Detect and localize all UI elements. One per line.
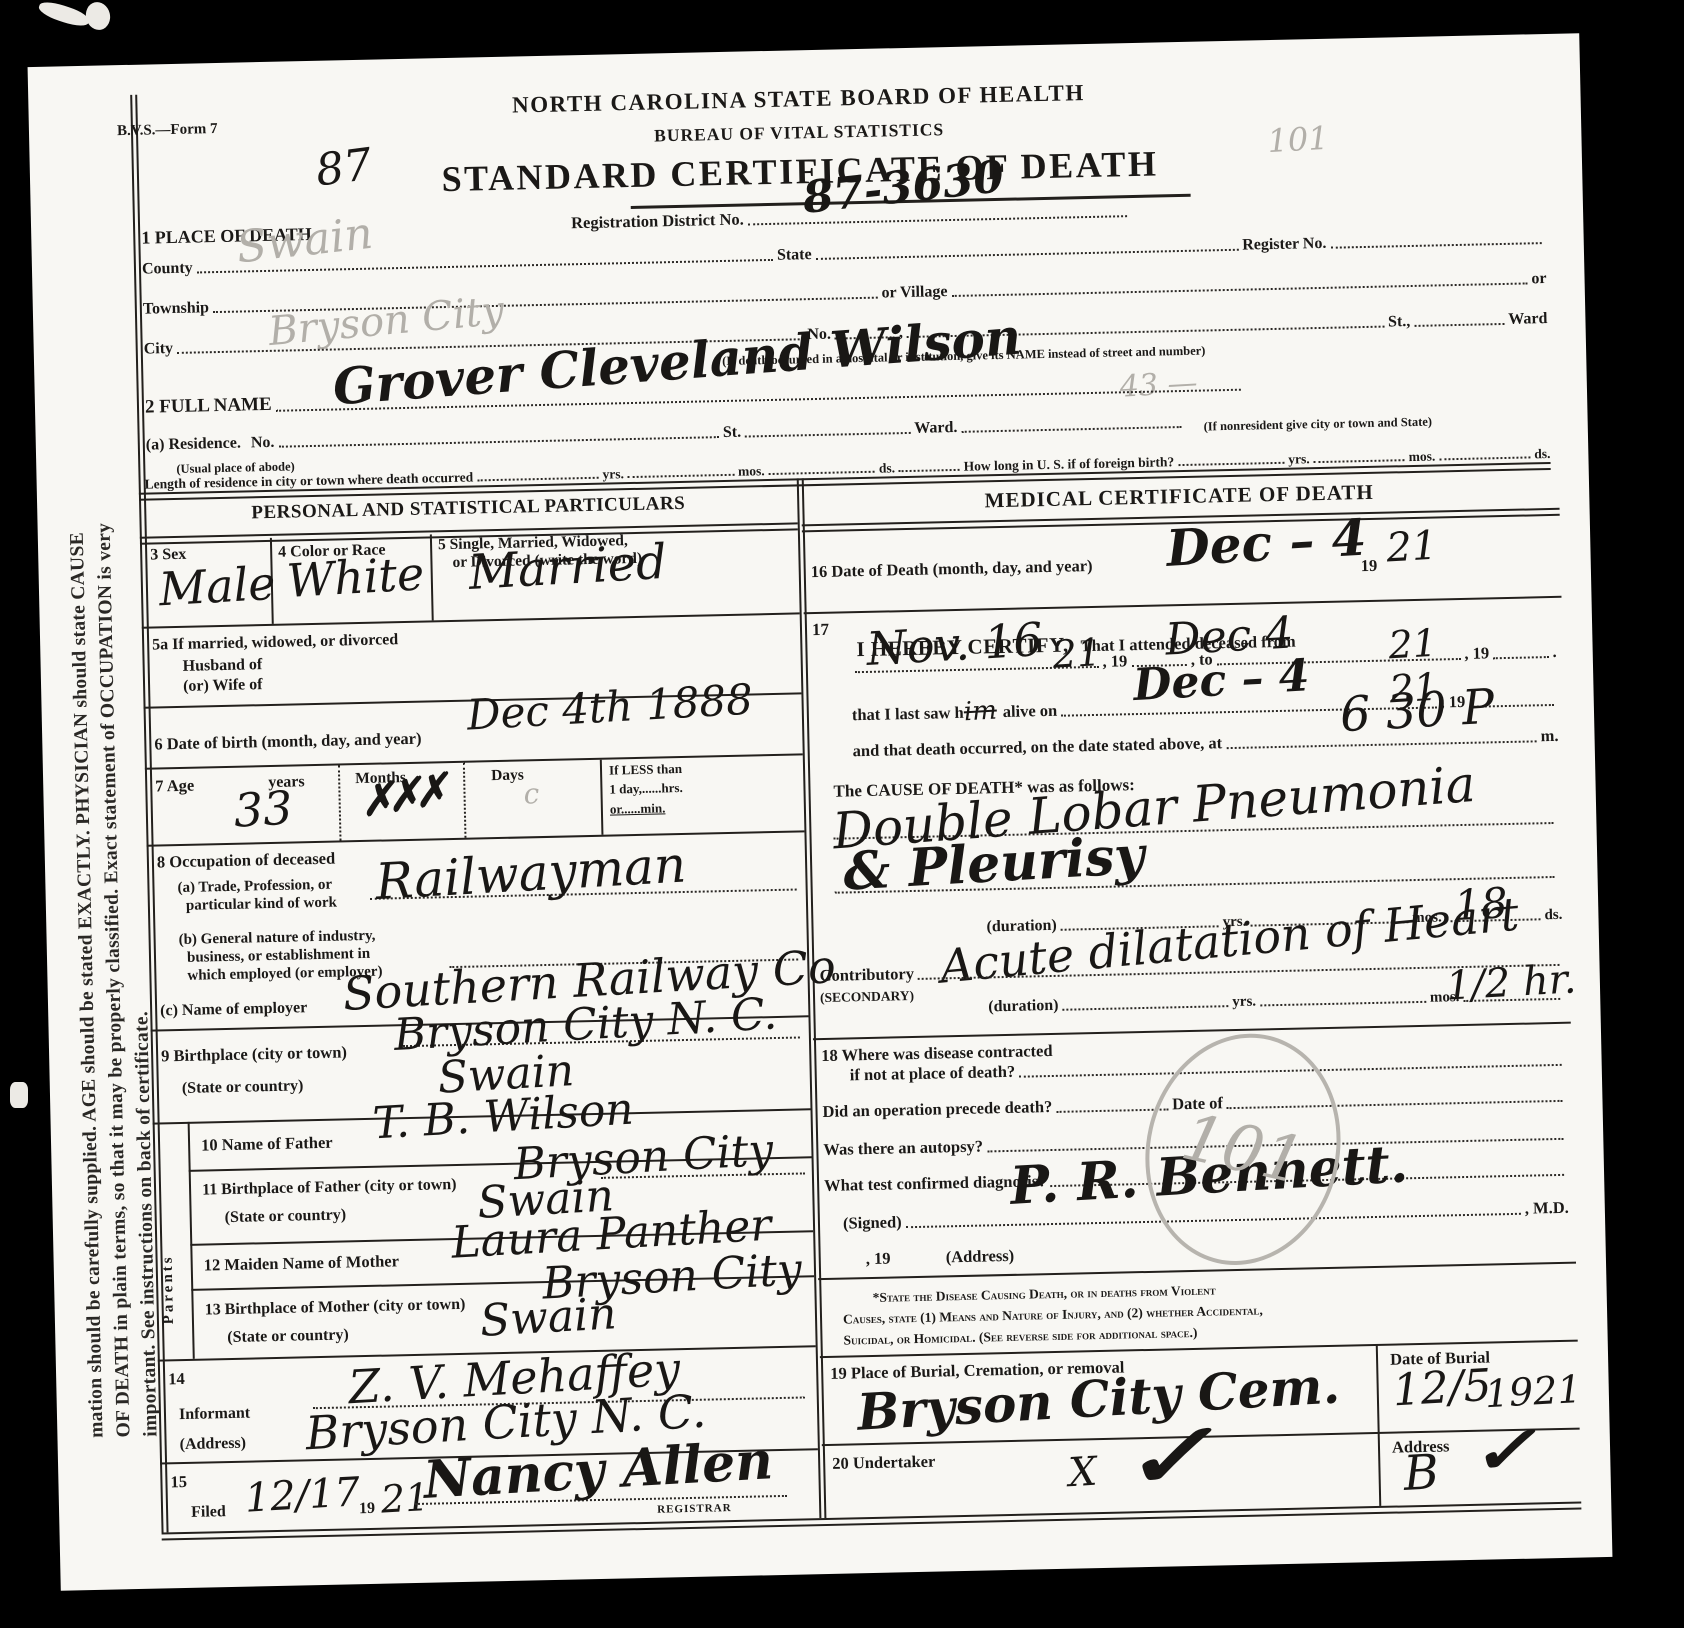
form-number: B.V.S.—Form 7 (117, 121, 218, 140)
birthplace-sub-label: (State or country) (182, 1077, 304, 1098)
village-label: or Village (881, 283, 947, 302)
last-saw-him-handwritten: im (963, 698, 997, 726)
mos-label-2: mos. (1408, 448, 1435, 465)
cause-footnote: *State the Disease Causing Death, or in … (842, 1272, 1567, 1351)
occupation-a-label-1: (a) Trade, Profession, or (177, 877, 332, 897)
parents-group-label: Parents (158, 1164, 178, 1324)
disease-contracted-label-2: if not at place of death? (850, 1062, 1016, 1086)
burial-year-value: 1921 (1484, 1370, 1583, 1413)
registrar-label: REGISTRAR (657, 1502, 732, 1516)
age-cell-divider (600, 760, 604, 835)
certify-number: 17 (812, 620, 829, 640)
st-label: St., (1388, 313, 1411, 331)
scan-artifact (10, 1082, 28, 1108)
township-label: Township (143, 299, 210, 318)
rule (145, 753, 803, 769)
signed-label: (Signed) (843, 1212, 902, 1233)
birth-date-value: Dec 4th 1888 (466, 678, 754, 736)
mother-birthplace-label: 13 Birthplace of Mother (city or town) (205, 1296, 466, 1320)
spouse-label-2: Husband of (182, 656, 262, 676)
race-value: White (286, 550, 426, 604)
informant-number: 14 (168, 1369, 185, 1389)
state-label: State (777, 246, 812, 265)
secondary-label: (SECONDARY) (820, 988, 914, 1006)
death-time-value: 6 30 P (1339, 683, 1496, 740)
md-label: , M.D. (1525, 1198, 1569, 1219)
attended-19b: , 19 (1464, 643, 1489, 664)
undertaker-x-mark: X (1067, 1452, 1098, 1494)
duration-ds-1: ds. (1544, 907, 1562, 924)
if-less-label-3: or......min. (610, 800, 666, 817)
undertaker-address-check: ✓ (1463, 1418, 1543, 1484)
mother-birthplace-state: Swain (479, 1292, 618, 1344)
duration-value-2: 1/2 hr. (1445, 959, 1577, 1006)
last-saw-label-2: alive on (1002, 701, 1057, 722)
occupation-a-label-2: particular kind of work (186, 895, 337, 915)
occupation-label: 8 Occupation of deceased (157, 849, 336, 873)
parents-cell-divider (188, 1122, 195, 1359)
contributory-label: Contributory (819, 964, 914, 986)
nonresident-note: (If nonresident give city or town and St… (1204, 415, 1433, 435)
if-less-label-1: If LESS than (609, 761, 682, 779)
mos-label: mos. (738, 463, 765, 480)
ward-label: Ward (1508, 310, 1548, 329)
burial-cell-divider (1376, 1344, 1382, 1506)
date-of-death-value: Dec – 4 (1165, 513, 1368, 574)
burial-date-value: 12/5 (1392, 1364, 1493, 1414)
residence-no-label: No. (251, 434, 275, 453)
father-birthplace-sub: (State or country) (225, 1206, 347, 1227)
mother-name-label: 12 Maiden Name of Mother (204, 1251, 400, 1275)
age-years-value: 33 (233, 785, 294, 834)
birthplace-label: 9 Birthplace (city or town) (161, 1042, 347, 1066)
death-occurred-m: m. (1540, 726, 1558, 746)
scan-artifact (83, 0, 113, 32)
marital-value: Married (467, 538, 668, 597)
address-19-label: , 19 (866, 1249, 891, 1270)
rule (813, 1022, 1571, 1041)
undertaker-check-mark: ✓ (1108, 1411, 1226, 1501)
spouse-label-3: (or) Wife of (183, 676, 263, 696)
age-months-scribble: ✗✗✗ (357, 769, 444, 824)
mother-birthplace-sub: (State or country) (227, 1326, 349, 1347)
birth-date-label: 6 Date of birth (month, day, and year) (154, 729, 422, 755)
rule (142, 612, 800, 628)
rule (804, 596, 1562, 615)
father-name-label: 10 Name of Father (201, 1133, 333, 1156)
cell-divider (430, 534, 434, 620)
register-no-label: Register No. (1242, 235, 1326, 255)
father-birthplace-label: 11 Birthplace of Father (city or town) (202, 1176, 457, 1200)
age-days-value: c (523, 780, 540, 809)
age-label: 7 Age (155, 776, 194, 797)
attended-to-year: 21 (1387, 624, 1437, 665)
attended-19a: , 19 (1102, 651, 1127, 672)
residence-label: (a) Residence. (146, 435, 241, 455)
undertaker-address-value: B (1402, 1448, 1440, 1498)
or-label: or (1531, 270, 1546, 288)
employer-label: (c) Name of employer (160, 999, 307, 1020)
attended-from-year: 21 (1052, 633, 1102, 674)
age-cell-divider (338, 765, 342, 840)
spouse-label-1: 5a If married, widowed, or divorced (152, 631, 398, 654)
signature-address-label: (Address) (946, 1246, 1015, 1267)
filed-19: 19 (359, 1500, 375, 1518)
date-of-death-year: 21 (1385, 526, 1438, 569)
autopsy-label: Was there an autopsy? (823, 1137, 983, 1160)
yrs-label-2: yrs. (1288, 451, 1310, 467)
full-name-label: 2 FULL NAME (145, 394, 272, 419)
residence-row: (a) Residence. No. St. Ward. (146, 414, 1186, 455)
informant-address-label: (Address) (179, 1435, 246, 1454)
undertaker-label: 20 Undertaker (832, 1452, 936, 1474)
date-of-death-19: 19 (1361, 556, 1378, 576)
last-saw-value: Dec – 4 (1132, 654, 1310, 708)
pencil-circle-number: 101 (1175, 1100, 1310, 1199)
corner-number: 101 (1267, 122, 1330, 157)
duration-label-2: (duration) (988, 997, 1059, 1017)
ds-label: ds. (879, 460, 895, 476)
date-of-death-label: 16 Date of Death (month, day, and year) (811, 556, 1093, 582)
informant-label: Informant (179, 1405, 250, 1425)
age-days-label: Days (491, 766, 524, 785)
residence-st-label: St. (723, 424, 742, 442)
filed-number: 15 (170, 1472, 187, 1492)
certificate-paper: mation should be carefully supplied. AGE… (28, 33, 1613, 1590)
city-label: City (144, 340, 174, 359)
duration-yrs-2: yrs. (1232, 994, 1256, 1012)
scan-artifact (37, 0, 91, 30)
filed-year-value: 21 (380, 1478, 430, 1519)
age-cell-divider (463, 763, 467, 838)
last-saw-label-1: that I last saw h (852, 703, 964, 725)
residence-ward-label: Ward. (914, 419, 958, 438)
attended-from-value: Nov. 16 (865, 616, 1044, 672)
yrs-label: yrs. (602, 466, 624, 482)
death-occurred-label: and that death occurred, on the date sta… (852, 733, 1222, 761)
filed-label: Filed (191, 1503, 226, 1522)
operation-label: Did an operation precede death? (822, 1097, 1052, 1122)
county-label: County (142, 260, 193, 279)
filed-date-value: 12/17 (244, 1472, 361, 1518)
sex-value: Male (158, 560, 277, 613)
registration-district-label: Registration District No. (571, 210, 744, 234)
if-less-label-2: 1 day,......hrs. (609, 780, 683, 798)
scanned-death-certificate: { "colors":{"ink":"#1b1917","pencil":"#b… (0, 0, 1684, 1628)
attended-period: . (1552, 642, 1557, 662)
ds-label-2: ds. (1534, 446, 1550, 462)
